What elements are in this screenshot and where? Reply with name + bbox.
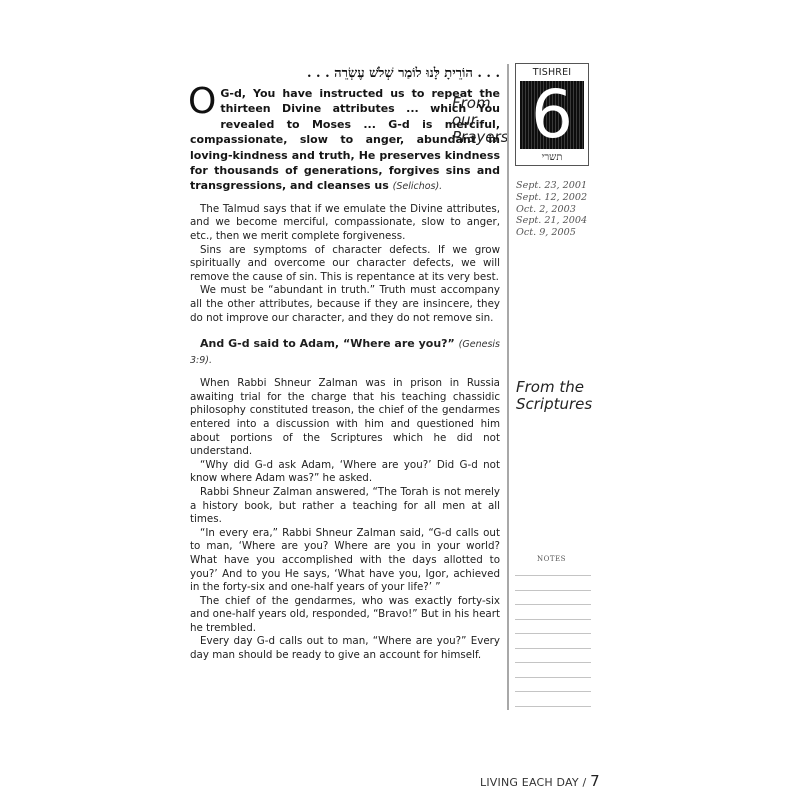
civil-date: Sept. 21, 2004 — [516, 215, 587, 227]
main-column: . . . הוֹרֵיתָ לָּנוּ לוֹמַר שְׁלֹשׁ עֶש… — [190, 66, 500, 663]
paragraph: “In every era,” Rabbi Shneur Zalman said… — [190, 527, 500, 595]
note-line[interactable] — [515, 691, 591, 692]
scripture-quote: And G-d said to Adam, “Where are you?” (… — [190, 336, 500, 368]
hebrew-prayer-text: . . . הוֹרֵיתָ לָּנוּ לוֹמַר שְׁלֹשׁ עֶש… — [190, 66, 500, 82]
paragraph: When Rabbi Shneur Zalman was in prison i… — [190, 377, 500, 459]
section-label-prayers: From our Prayers — [452, 95, 512, 146]
prayer-citation: (Selichos). — [393, 181, 443, 192]
book-page: . . . הוֹרֵיתָ לָּנוּ לוֹמַר שְׁלֹשׁ עֶש… — [0, 0, 800, 800]
note-line[interactable] — [515, 648, 591, 649]
scripture-story: When Rabbi Shneur Zalman was in prison i… — [190, 377, 500, 662]
civil-date: Sept. 23, 2001 — [516, 180, 587, 192]
notes-title: NOTES — [537, 555, 566, 563]
civil-date: Oct. 9, 2005 — [516, 227, 587, 239]
hebrew-month-label: תשרי — [516, 152, 588, 163]
note-line[interactable] — [515, 706, 591, 707]
paragraph: Sins are symptoms of character defects. … — [190, 244, 500, 285]
drop-cap: O — [188, 87, 216, 117]
note-line[interactable] — [515, 633, 591, 634]
day-number: 6 — [520, 77, 584, 153]
notes-lines — [515, 575, 591, 720]
column-divider — [507, 64, 509, 710]
civil-date: Sept. 12, 2002 — [516, 192, 587, 204]
note-line[interactable] — [515, 677, 591, 678]
running-title: LIVING EACH DAY / — [480, 776, 590, 789]
page-footer: LIVING EACH DAY / 7 — [480, 772, 600, 790]
paragraph: The chief of the gendarmes, who was exac… — [190, 595, 500, 636]
civil-date: Oct. 2, 2003 — [516, 204, 587, 216]
note-line[interactable] — [515, 619, 591, 620]
note-line[interactable] — [515, 575, 591, 576]
prayer-commentary: The Talmud says that if we emulate the D… — [190, 203, 500, 325]
scripture-quote-text: And G-d said to Adam, “Where are you?” — [200, 337, 459, 350]
paragraph: The Talmud says that if we emulate the D… — [190, 203, 500, 244]
note-line[interactable] — [515, 590, 591, 591]
page-number: 7 — [590, 772, 600, 790]
paragraph: Every day G-d calls out to man, “Where a… — [190, 635, 500, 662]
section-label-scriptures: From the Scriptures — [516, 379, 596, 413]
date-box: TISHREI 6 תשרי — [515, 63, 589, 166]
note-line[interactable] — [515, 604, 591, 605]
civil-dates-list: Sept. 23, 2001 Sept. 12, 2002 Oct. 2, 20… — [516, 180, 587, 239]
paragraph: Rabbi Shneur Zalman answered, “The Torah… — [190, 486, 500, 527]
paragraph: “Why did G-d ask Adam, ‘Where are you?’ … — [190, 459, 500, 486]
note-line[interactable] — [515, 662, 591, 663]
day-tile: 6 — [520, 81, 584, 149]
paragraph: We must be “abundant in truth.” Truth mu… — [190, 284, 500, 325]
